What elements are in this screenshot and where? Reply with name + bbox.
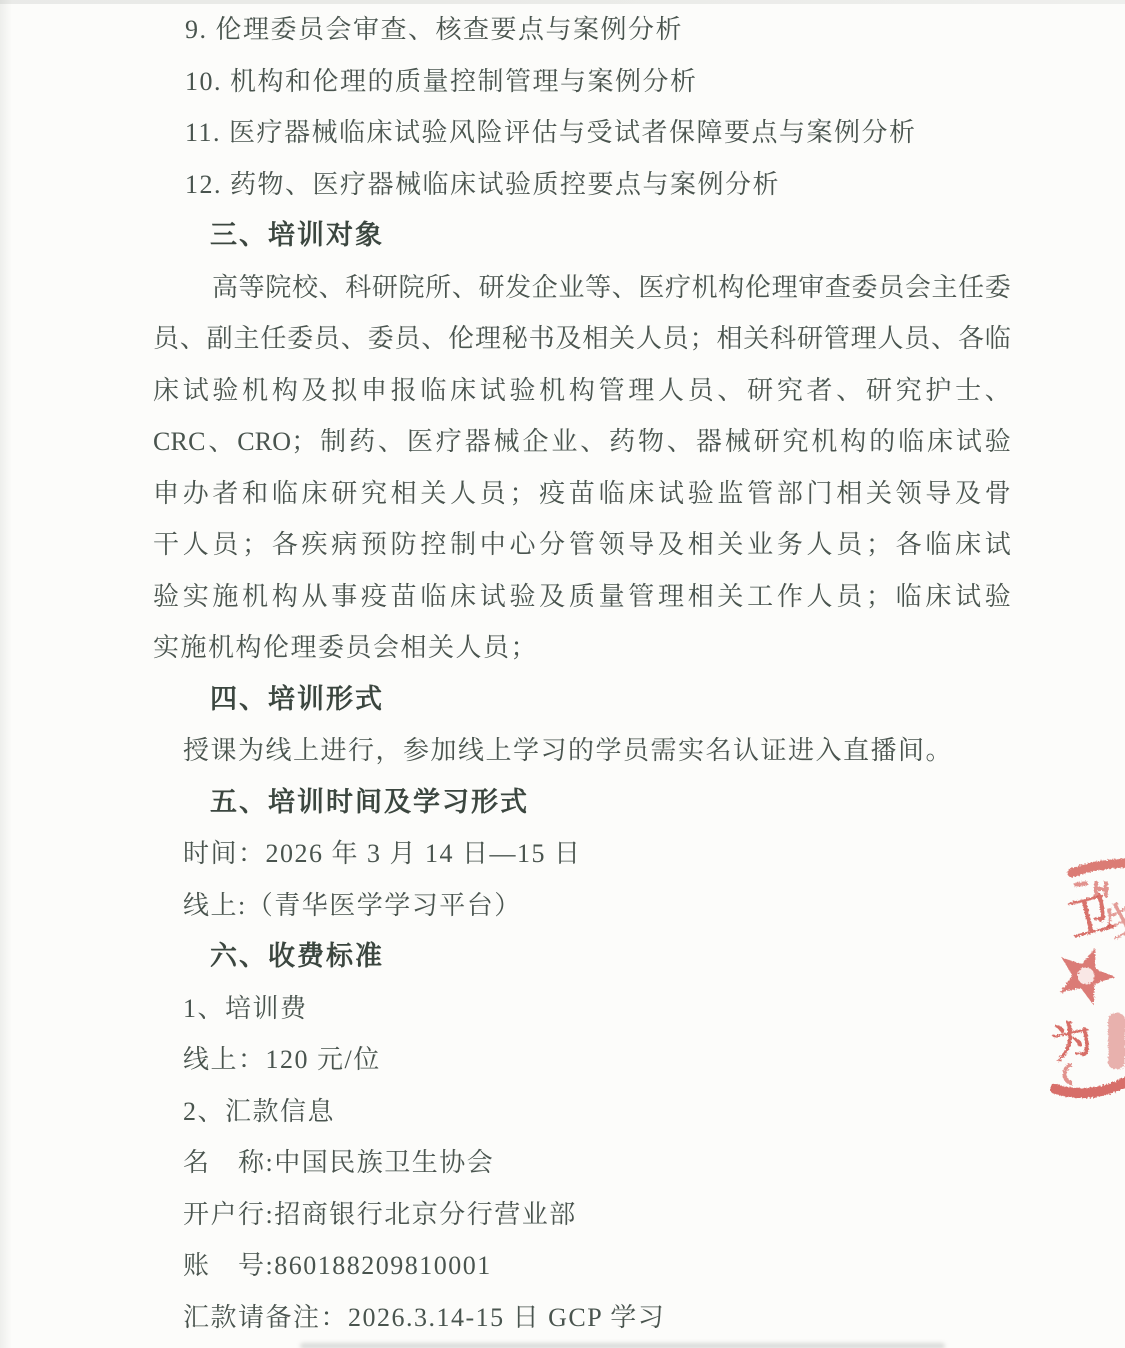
seal-ring-top <box>1072 863 1125 873</box>
official-seal-stamp-icon: 卫 生 为 <box>1048 853 1125 1103</box>
para-line-8: 实施机构伦理委员会相关人员； <box>153 622 1011 674</box>
heading-section-three: 三、培训对象 <box>210 210 1011 262</box>
cutoff-next-line-hint <box>300 1343 945 1348</box>
list-item-9: 9. 伦理委员会审查、核查要点与案例分析 <box>185 4 1011 56</box>
seal-star-center-highlight <box>1078 968 1095 985</box>
seal-ring-bottom <box>1055 1082 1125 1093</box>
document-page: 9. 伦理委员会审查、核查要点与案例分析10. 机构和伦理的质量控制管理与案例分… <box>0 0 1125 1348</box>
list-item-11: 11. 医疗器械临床试验风险评估与受试者保障要点与案例分析 <box>185 107 1011 159</box>
para-line-3: 床试验机构及拟申报临床试验机构管理人员、研究者、研究护士、 <box>153 365 1011 417</box>
para-line-5: 申办者和临床研究相关人员；疫苗临床试验监管部门相关领导及骨 <box>153 468 1011 520</box>
line-training-format: 授课为线上进行，参加线上学习的学员需实名认证进入直播间。 <box>183 725 1011 777</box>
seal-small-ring-mark <box>1065 1065 1073 1083</box>
line-platform: 线上:（青华医学学习平台） <box>183 880 1011 932</box>
document-content: 9. 伦理委员会审查、核查要点与案例分析10. 机构和伦理的质量控制管理与案例分… <box>153 4 1011 1343</box>
line-bank: 开户行:招商银行北京分行营业部 <box>183 1189 1011 1241</box>
line-account-number: 账 号:860188209810001 <box>183 1240 1011 1292</box>
line-remittance-title: 2、汇款信息 <box>183 1086 1011 1138</box>
list-item-12: 12. 药物、医疗器械临床试验质控要点与案例分析 <box>185 159 1011 211</box>
para-line-1: 高等院校、科研院所、研发企业等、医疗机构伦理审查委员会主任委 <box>153 262 1011 314</box>
para-line-6: 干人员；各疾病预防控制中心分管领导及相关业务人员；各临床试 <box>153 519 1011 571</box>
list-item-10: 10. 机构和伦理的质量控制管理与案例分析 <box>185 56 1011 108</box>
seal-ink-blotch <box>1108 1013 1125 1069</box>
line-remark: 汇款请备注：2026.3.14-15 日 GCP 学习 <box>183 1292 1011 1344</box>
seal-char-fragment-bottom: 为 <box>1048 1016 1096 1067</box>
line-account-name: 名 称:中国民族卫生协会 <box>183 1137 1011 1189</box>
heading-section-five: 五、培训时间及学习形式 <box>210 777 1011 829</box>
para-line-2: 员、副主任委员、委员、伦理秘书及相关人员；相关科研管理人员、各临 <box>153 313 1011 365</box>
heading-section-six: 六、收费标准 <box>210 931 1011 983</box>
line-fee-online: 线上：120 元/位 <box>183 1034 1011 1086</box>
line-fee-title: 1、培训费 <box>183 983 1011 1035</box>
heading-section-four: 四、培训形式 <box>210 674 1011 726</box>
para-line-7: 验实施机构从事疫苗临床试验及质量管理相关工作人员；临床试验 <box>153 571 1011 623</box>
para-line-4: CRC、CRO；制药、医疗器械企业、药物、器械研究机构的临床试验 <box>153 416 1011 468</box>
line-time: 时间：2026 年 3 月 14 日—15 日 <box>183 828 1011 880</box>
scan-left-edge <box>0 0 12 1348</box>
